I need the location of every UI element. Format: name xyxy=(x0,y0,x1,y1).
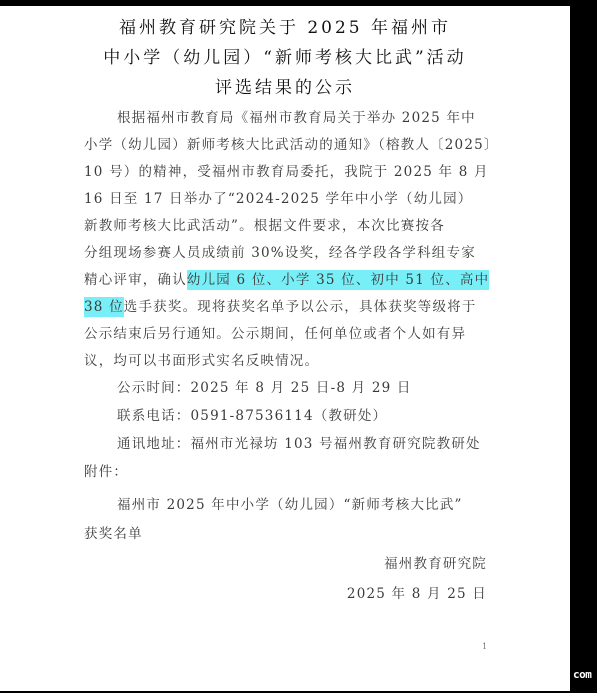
signature-organization: 福州教育研究院 xyxy=(384,554,487,574)
title-line-1: 福州教育研究院关于 2025 年福州市 xyxy=(0,17,570,39)
paragraph-line-7-text: 精心评审，确认 xyxy=(84,272,187,288)
paragraph-line-9: 公示结束后另行通知。公示期间，任何单位或者个人如有异 xyxy=(84,324,488,344)
paragraph-line-4: 16 日至 17 日举办了“2024-2025 学年中小学（幼儿园） xyxy=(84,189,488,209)
paragraph-line-1: 根据福州市教育局《福州市教育局关于举办 2025 年中 xyxy=(117,108,488,128)
paragraph-line-6: 分组现场参赛人员成绩前 30%设奖，经各学段各学科组专家 xyxy=(84,243,488,263)
paragraph-line-3: 10 号）的精神，受福州市教育局委托，我院于 2025 年 8 月 xyxy=(84,162,488,182)
title-line-2: 中小学（幼儿园）“新师考核大比武”活动 xyxy=(0,47,570,69)
mailing-address: 通讯地址：福州市光禄坊 103 号福州教育研究院教研处 xyxy=(117,434,488,454)
watermark-text: com xyxy=(573,668,591,681)
publicity-time: 公示时间：2025 年 8 月 25 日-8 月 29 日 xyxy=(117,378,488,398)
paragraph-line-8: 38 位选手获奖。现将获奖名单予以公示，具体获奖等级将于 xyxy=(84,297,488,317)
document-page: 福州教育研究院关于 2025 年福州市 中小学（幼儿园）“新师考核大比武”活动 … xyxy=(0,6,570,691)
paragraph-line-5: 新教师考核大比武活动”。根据文件要求，本次比赛按各 xyxy=(84,216,488,236)
highlighted-award-counts-cont: 38 位 xyxy=(84,297,124,317)
title-line-3: 评选结果的公示 xyxy=(0,77,570,99)
paragraph-line-8-text: 选手获奖。现将获奖名单予以公示，具体获奖等级将于 xyxy=(124,299,477,315)
page-number: 1 xyxy=(482,642,487,651)
signature-date: 2025 年 8 月 25 日 xyxy=(347,584,487,604)
paragraph-line-2: 小学（幼儿园）新师考核大比武活动的通知》（榕教人〔2025〕 xyxy=(84,135,488,155)
attachment-title-line-1: 福州市 2025 年中小学（幼儿园）“新师考核大比武” xyxy=(117,495,488,515)
attachment-title-line-2: 获奖名单 xyxy=(84,524,488,544)
attachment-label: 附件： xyxy=(84,462,488,482)
paragraph-line-10: 议，均可以书面形式实名反映情况。 xyxy=(84,351,488,371)
paragraph-line-7: 精心评审，确认幼儿园 6 位、小学 35 位、初中 51 位、高中 xyxy=(84,270,488,290)
contact-phone: 联系电话：0591-87536114（教研处） xyxy=(117,406,488,426)
highlighted-award-counts: 幼儿园 6 位、小学 35 位、初中 51 位、高中 xyxy=(187,270,489,290)
